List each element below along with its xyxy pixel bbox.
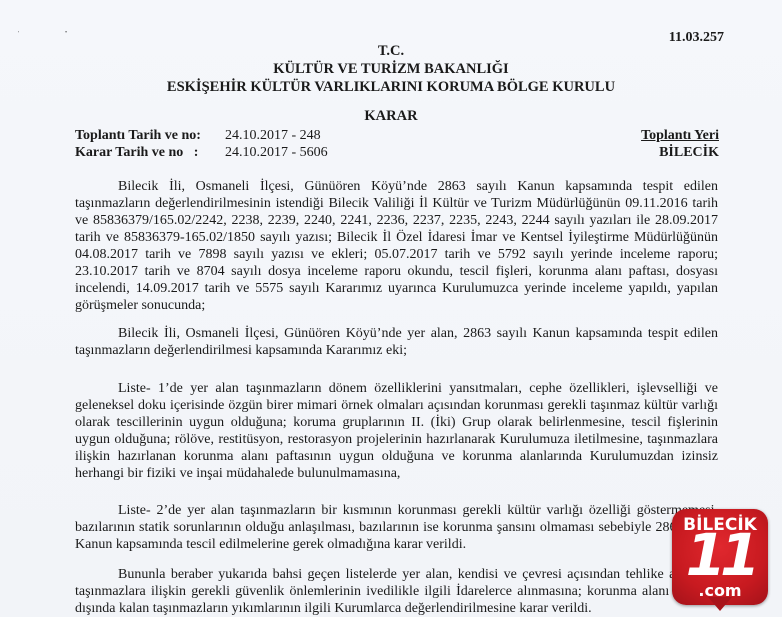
header-ministry: KÜLTÜR VE TURİZM BAKANLIĞI (0, 60, 782, 78)
header-tc: T.C. (0, 42, 782, 60)
paragraph-text: Liste- 2’de yer alan taşınmazların bir k… (75, 502, 718, 553)
header-board: ESKİŞEHİR KÜLTÜR VARLIKLARINI KORUMA BÖL… (0, 78, 782, 96)
scan-speck: • (65, 30, 67, 36)
paragraph-safety: Bununla beraber yukarıda bahsi geçen lis… (75, 566, 718, 617)
paragraph-preamble: Bilecik İli, Osmaneli İlçesi, Günüören K… (75, 178, 718, 314)
decision-row: Karar Tarih ve no :24.10.2017 - 5606 (75, 144, 328, 161)
document-title: KARAR (0, 108, 782, 125)
paragraph-text: Liste- 1’de yer alan taşınmazların dönem… (75, 380, 718, 482)
paragraph-list-1: Liste- 1’de yer alan taşınmazların dönem… (75, 380, 718, 482)
paragraph-scope: Bilecik İli, Osmaneli İlçesi, Günüören K… (75, 325, 718, 359)
paragraph-text: Bilecik İli, Osmaneli İlçesi, Günüören K… (75, 178, 718, 314)
paragraph-list-2: Liste- 2’de yer alan taşınmazların bir k… (75, 502, 718, 553)
meeting-meta: Toplantı Tarih ve no:24.10.2017 - 248 Ka… (75, 127, 328, 161)
meeting-value: 24.10.2017 - 248 (225, 128, 321, 143)
meeting-place: Toplantı Yeri BİLECİK (641, 127, 719, 161)
logo-number: 11 (672, 525, 768, 585)
place-value: BİLECİK (641, 144, 719, 161)
document-page: ' • 11.03.257 T.C. KÜLTÜR VE TURİZM BAKA… (0, 0, 782, 617)
paragraph-text: Bilecik İli, Osmaneli İlçesi, Günüören K… (75, 325, 718, 359)
scan-speck: ' (18, 31, 19, 37)
meeting-label: Toplantı Tarih ve no: (75, 127, 225, 144)
decision-label: Karar Tarih ve no : (75, 144, 225, 161)
bilecik11-watermark-logo: BİLECİK 11 .com (672, 509, 768, 617)
decision-value: 24.10.2017 - 5606 (225, 145, 328, 160)
document-header: T.C. KÜLTÜR VE TURİZM BAKANLIĞI ESKİŞEHİ… (0, 42, 782, 96)
logo-domain-suffix: .com (672, 581, 768, 600)
paragraph-text: Bununla beraber yukarıda bahsi geçen lis… (75, 566, 718, 617)
place-label: Toplantı Yeri (641, 127, 719, 144)
meeting-row: Toplantı Tarih ve no:24.10.2017 - 248 (75, 127, 328, 144)
